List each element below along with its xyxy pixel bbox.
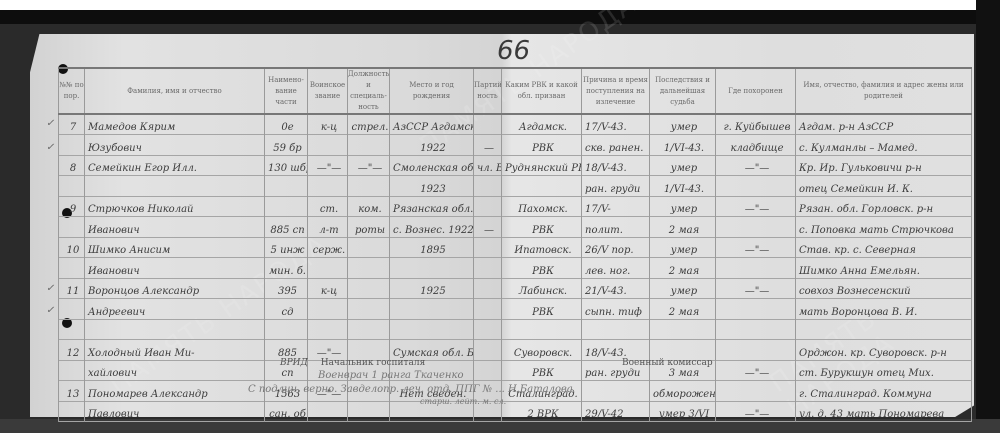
cell-rank xyxy=(308,299,348,320)
cell-unit: сд xyxy=(265,299,308,320)
cell-party: чл. ВЛКСМ xyxy=(474,155,502,176)
cell-outcome xyxy=(650,319,716,340)
cell-burial-place: —"— xyxy=(716,196,796,217)
footer-chief-block: ВРИД Начальник госпиталя xyxy=(280,358,425,368)
cell-draft-office: Пахомск. xyxy=(502,196,582,217)
cell-draft-office: РВК xyxy=(502,299,582,320)
cell-outcome: обморожен xyxy=(650,381,716,402)
cell-position xyxy=(348,135,390,156)
cell-number xyxy=(59,401,85,422)
cell-admission-cause: лев. ног. xyxy=(582,258,650,279)
cell-admission-cause: 17/V-43. xyxy=(582,114,650,135)
cell-draft-office: Суворовск. xyxy=(502,340,582,361)
cell-outcome: умер 3/VI xyxy=(650,401,716,422)
cell-outcome: 2 мая xyxy=(650,299,716,320)
cell-rank: серж. xyxy=(308,237,348,258)
cell-admission-cause xyxy=(582,319,650,340)
table-row: 7Мамедов Кярим0ек-цстрел.АзССР Агдамский… xyxy=(59,114,972,135)
cell-full-name: Стрючков Николай xyxy=(85,196,265,217)
margin-check-mark: ✓ xyxy=(46,283,54,294)
vrid-abbrev: ВРИД xyxy=(280,358,308,368)
cell-rank: ст. xyxy=(308,196,348,217)
cell-party: — xyxy=(474,135,502,156)
header-admission-cause: Причина и время поступления на излечение xyxy=(582,68,650,114)
table-row: 11Воронцов Александр395к-ц1925Лабинск.21… xyxy=(59,278,972,299)
cell-relatives: с. Кулманлы – Мамед. xyxy=(796,135,972,156)
cell-number xyxy=(59,299,85,320)
cell-number xyxy=(59,319,85,340)
cell-admission-cause: 18/V-43. xyxy=(582,155,650,176)
cell-relatives: Став. кр. с. Северная xyxy=(796,237,972,258)
cell-burial-place: —"— xyxy=(716,401,796,422)
cell-unit: 59 бр xyxy=(265,135,308,156)
cell-relatives: ул. д. 43 мать Пономарева xyxy=(796,401,972,422)
cell-rank: к-ц xyxy=(308,278,348,299)
chief-signature: Военврач 1 ранга Ткаченко xyxy=(318,370,463,381)
cell-birthplace: 1925 xyxy=(390,278,474,299)
cell-position xyxy=(348,401,390,422)
cell-position: —"— xyxy=(348,155,390,176)
table-header-row: №№ по пор. Фамилия, имя и отчество Наиме… xyxy=(59,68,972,114)
cell-birthplace: АзССР Агдамский р-н с. Кулманлы xyxy=(390,114,474,135)
table-row: 9Стрючков Николайст.ком.Рязанская обл. Г… xyxy=(59,196,972,217)
cell-full-name xyxy=(85,319,265,340)
scan-frame-right xyxy=(976,0,1000,433)
cell-admission-cause: сыпн. тиф xyxy=(582,299,650,320)
header-outcome: Последствия и дальнейшая судьба xyxy=(650,68,716,114)
table-row: 8Семейкин Егор Илл.130 шбр—"——"—Смоленск… xyxy=(59,155,972,176)
cell-relatives: ст. Бурукшун отец Мих. xyxy=(796,360,972,381)
cell-unit: 5 инж xyxy=(265,237,308,258)
cell-party xyxy=(474,196,502,217)
cell-draft-office: Руднянский РВК xyxy=(502,155,582,176)
cell-draft-office: РВК xyxy=(502,360,582,381)
header-unit: Наимено- вание части xyxy=(265,68,308,114)
table-row: 1923ран. груди1/VI-43.отец Семейкин И. К… xyxy=(59,176,972,197)
sheet-number: 66 xyxy=(497,36,530,66)
cell-unit: сан. об xyxy=(265,401,308,422)
cell-position xyxy=(348,278,390,299)
cell-burial-place xyxy=(716,299,796,320)
margin-check-mark: ✓ xyxy=(46,142,54,153)
cell-draft-office: 2 ВРК xyxy=(502,401,582,422)
cell-party xyxy=(474,299,502,320)
header-relatives: Имя, отчество, фамилия и адрес жены или … xyxy=(796,68,972,114)
cell-outcome xyxy=(650,340,716,361)
header-rank: Воинское звание xyxy=(308,68,348,114)
cell-full-name: Мамедов Кярим xyxy=(85,114,265,135)
cell-number: 9 xyxy=(59,196,85,217)
cell-birthplace xyxy=(390,299,474,320)
cell-draft-office: Ипатовск. xyxy=(502,237,582,258)
header-party: Партий- ность xyxy=(474,68,502,114)
cell-full-name: Павлович xyxy=(85,401,265,422)
cell-relatives: Орджон. кр. Суворовск. р-н xyxy=(796,340,972,361)
cell-birthplace: 1923 xyxy=(390,176,474,197)
cell-relatives: г. Сталинград. Коммуна xyxy=(796,381,972,402)
cell-burial-place: кладбище xyxy=(716,135,796,156)
cell-full-name: Юзубович xyxy=(85,135,265,156)
cell-full-name: Пономарев Александр xyxy=(85,381,265,402)
cell-admission-cause: скв. ранен. xyxy=(582,135,650,156)
cell-position xyxy=(348,258,390,279)
cell-outcome: умер xyxy=(650,114,716,135)
cell-relatives xyxy=(796,319,972,340)
cell-admission-cause: полит. xyxy=(582,217,650,238)
header-number: №№ по пор. xyxy=(59,68,85,114)
cell-rank xyxy=(308,401,348,422)
cell-admission-cause xyxy=(582,381,650,402)
cell-full-name: Воронцов Александр xyxy=(85,278,265,299)
table-row xyxy=(59,319,972,340)
header-birthplace: Место и год рождения xyxy=(390,68,474,114)
cell-number xyxy=(59,217,85,238)
cell-number xyxy=(59,258,85,279)
table-row: Иванович885 спл-тротыс. Вознес. 1922—РВК… xyxy=(59,217,972,238)
casualty-register-table: №№ по пор. Фамилия, имя и отчество Наиме… xyxy=(58,67,972,422)
cell-admission-cause: 18/V-43. xyxy=(582,340,650,361)
cell-outcome: 2 мая xyxy=(650,217,716,238)
cell-birthplace: Смоленская обл. Руднянский р-н xyxy=(390,155,474,176)
cell-full-name xyxy=(85,176,265,197)
header-position: Должность и специаль- ность xyxy=(348,68,390,114)
cell-party xyxy=(474,278,502,299)
cell-burial-place xyxy=(716,381,796,402)
cell-burial-place: —"— xyxy=(716,237,796,258)
cell-relatives: Кр. Ир. Гульковичи р-н xyxy=(796,155,972,176)
cell-party xyxy=(474,319,502,340)
cell-draft-office xyxy=(502,319,582,340)
table-row: 12Холодный Иван Ми-885—"—Сумская обл. Бу… xyxy=(59,340,972,361)
cell-party xyxy=(474,114,502,135)
cell-party xyxy=(474,360,502,381)
cell-unit: 395 xyxy=(265,278,308,299)
cell-full-name: Шимко Анисим xyxy=(85,237,265,258)
cell-burial-place xyxy=(716,340,796,361)
cell-number: 10 xyxy=(59,237,85,258)
cell-outcome: 1/VI-43. xyxy=(650,135,716,156)
cell-burial-place xyxy=(716,258,796,279)
cell-number: 11 xyxy=(59,278,85,299)
margin-check-mark: ✓ xyxy=(46,118,54,129)
cell-full-name: Холодный Иван Ми- xyxy=(85,340,265,361)
cell-birthplace xyxy=(390,319,474,340)
cell-admission-cause: 29/V-42 xyxy=(582,401,650,422)
cell-unit: 130 шбр xyxy=(265,155,308,176)
cell-position xyxy=(348,299,390,320)
cell-draft-office xyxy=(502,176,582,197)
cell-relatives: Шимко Анна Емельян. xyxy=(796,258,972,279)
cell-number: 12 xyxy=(59,340,85,361)
cell-relatives: Агдам. р-н АзССР xyxy=(796,114,972,135)
cell-party xyxy=(474,258,502,279)
table-row: Павловичсан. об2 ВРК29/V-42умер 3/VI—"—у… xyxy=(59,401,972,422)
certified-copy-note: С подлин. верно. Завделопр. леч. отд. ПП… xyxy=(248,384,573,395)
cell-rank xyxy=(308,135,348,156)
cell-party xyxy=(474,340,502,361)
cell-rank xyxy=(308,176,348,197)
cell-position xyxy=(348,176,390,197)
header-burial-place: Где похоронен xyxy=(716,68,796,114)
cell-position: стрел. xyxy=(348,114,390,135)
cell-position xyxy=(348,340,390,361)
table-row: 10Шимко Анисим5 инжсерж.1895Ипатовск.26/… xyxy=(59,237,972,258)
cell-position: ком. xyxy=(348,196,390,217)
cell-rank: к-ц xyxy=(308,114,348,135)
cell-party: — xyxy=(474,217,502,238)
cell-burial-place xyxy=(716,176,796,197)
cell-relatives: Рязан. обл. Горловск. р-н xyxy=(796,196,972,217)
cell-admission-cause: 26/V пор. xyxy=(582,237,650,258)
cell-draft-office: Лабинск. xyxy=(502,278,582,299)
cell-unit: мин. б. xyxy=(265,258,308,279)
table-row: АндреевичсдРВКсыпн. тиф2 маямать Воронцо… xyxy=(59,299,972,320)
cell-unit: 885 сп xyxy=(265,217,308,238)
cell-full-name: Иванович xyxy=(85,258,265,279)
cell-burial-place: —"— xyxy=(716,155,796,176)
cell-admission-cause: 21/V-43. xyxy=(582,278,650,299)
table-row: Ивановичмин. б.РВКлев. ног.2 маяШимко Ан… xyxy=(59,258,972,279)
cell-full-name: Андреевич xyxy=(85,299,265,320)
chief-label: Начальник госпиталя xyxy=(321,358,426,368)
cell-relatives: отец Семейкин И. К. xyxy=(796,176,972,197)
certified-copy-note-rank: старш. лейт. м. сл. xyxy=(420,397,506,406)
cell-relatives: совхоз Вознесенский xyxy=(796,278,972,299)
cell-number xyxy=(59,360,85,381)
cell-full-name: Семейкин Егор Илл. xyxy=(85,155,265,176)
commissar-label: Военный комиссар xyxy=(622,358,713,368)
cell-number xyxy=(59,135,85,156)
cell-outcome: умер xyxy=(650,237,716,258)
cell-burial-place: г. Куйбышев xyxy=(716,114,796,135)
table-row: Юзубович59 бр1922—РВКскв. ранен.1/VI-43.… xyxy=(59,135,972,156)
header-draft-office: Каким РВК и какой обл. призван xyxy=(502,68,582,114)
cell-number: 8 xyxy=(59,155,85,176)
cell-burial-place xyxy=(716,319,796,340)
cell-rank xyxy=(308,319,348,340)
cell-draft-office: РВК xyxy=(502,217,582,238)
cell-full-name: Иванович xyxy=(85,217,265,238)
cell-outcome: умер xyxy=(650,155,716,176)
cell-outcome: умер xyxy=(650,196,716,217)
cell-burial-place xyxy=(716,217,796,238)
header-full-name: Фамилия, имя и отчество xyxy=(85,68,265,114)
cell-rank: л-т xyxy=(308,217,348,238)
cell-relatives: с. Поповка мать Стрючкова xyxy=(796,217,972,238)
cell-relatives: мать Воронцова В. И. xyxy=(796,299,972,320)
cell-birthplace: с. Вознес. 1922 xyxy=(390,217,474,238)
cell-number: 13 xyxy=(59,381,85,402)
cell-number xyxy=(59,176,85,197)
cell-rank: —"— xyxy=(308,155,348,176)
cell-unit: 0е xyxy=(265,114,308,135)
cell-outcome: 1/VI-43. xyxy=(650,176,716,197)
cell-burial-place: —"— xyxy=(716,360,796,381)
cell-position xyxy=(348,237,390,258)
cell-party xyxy=(474,176,502,197)
cell-party xyxy=(474,237,502,258)
cell-number: 7 xyxy=(59,114,85,135)
cell-birthplace: Сумская обл. Бурынский р-н 1924 xyxy=(390,340,474,361)
cell-unit xyxy=(265,196,308,217)
cell-draft-office: РВК xyxy=(502,258,582,279)
cell-admission-cause: 17/V- xyxy=(582,196,650,217)
margin-check-mark: ✓ xyxy=(46,305,54,316)
cell-admission-cause: ран. груди xyxy=(582,176,650,197)
cell-birthplace xyxy=(390,258,474,279)
cell-unit: 885 xyxy=(265,340,308,361)
cell-draft-office: Агдамск. xyxy=(502,114,582,135)
cell-position xyxy=(348,319,390,340)
cell-unit xyxy=(265,176,308,197)
cell-draft-office: РВК xyxy=(502,135,582,156)
cell-position: роты xyxy=(348,217,390,238)
cell-rank: —"— xyxy=(308,340,348,361)
cell-rank xyxy=(308,258,348,279)
cell-full-name: хайлович xyxy=(85,360,265,381)
cell-birthplace: 1922 xyxy=(390,135,474,156)
cell-birthplace: Рязанская обл. Горловский р-н xyxy=(390,196,474,217)
cell-outcome: умер xyxy=(650,278,716,299)
cell-unit xyxy=(265,319,308,340)
scan-frame-top xyxy=(0,10,1000,24)
cell-burial-place: —"— xyxy=(716,278,796,299)
cell-birthplace: 1895 xyxy=(390,237,474,258)
cell-outcome: 2 мая xyxy=(650,258,716,279)
table-row: хайловичспРВКран. груди3 мая—"—ст. Бурук… xyxy=(59,360,972,381)
